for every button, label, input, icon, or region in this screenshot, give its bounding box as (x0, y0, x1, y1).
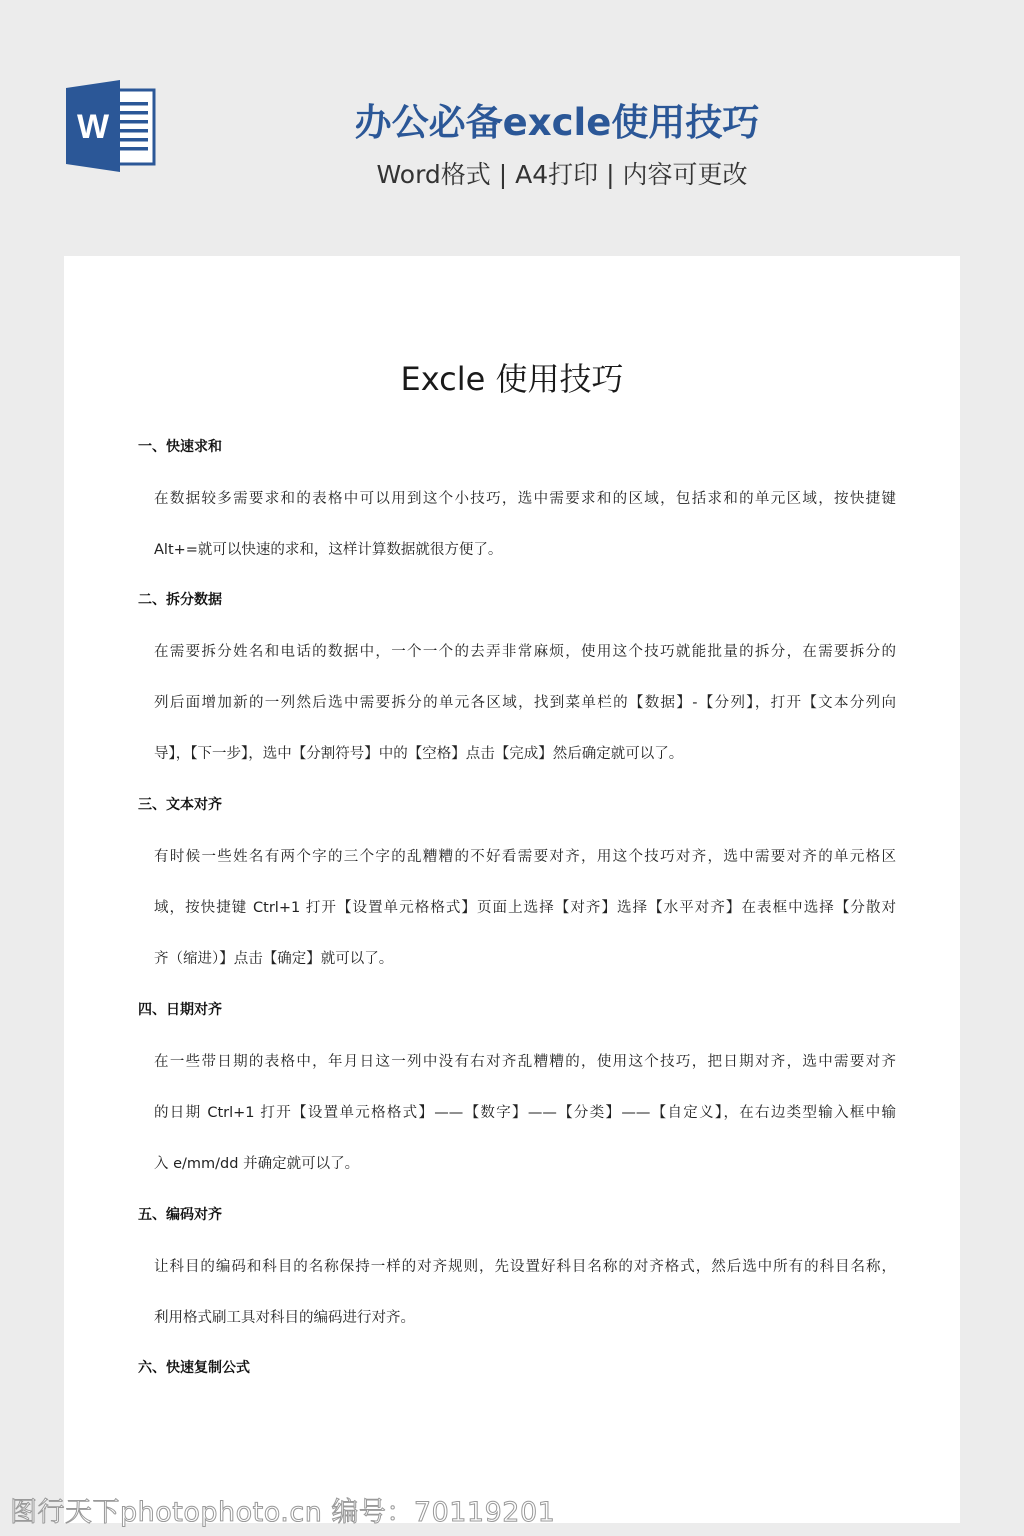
section-heading: 一、快速求和 (138, 436, 222, 456)
section-heading: 三、文本对齐 (138, 794, 222, 814)
document-title: Excle 使用技巧 (64, 354, 960, 400)
paragraph-line: 在一些带日期的表格中，年月日这一列中没有右对齐乱糟糟的，使用这个技巧，把日期对齐… (154, 1050, 896, 1071)
paragraph-line: 利用格式刷工具对科目的编码进行对齐。 (154, 1306, 896, 1327)
section-heading: 六、快速复制公式 (138, 1357, 250, 1377)
paragraph-line: 在需要拆分姓名和电话的数据中，一个一个的去弄非常麻烦，使用这个技巧就能批量的拆分… (154, 640, 896, 661)
section-heading: 五、编码对齐 (138, 1204, 222, 1224)
section-heading: 二、拆分数据 (138, 589, 222, 609)
paragraph-line: 在数据较多需要求和的表格中可以用到这个小技巧，选中需要求和的区域，包括求和的单元… (154, 487, 896, 508)
paragraph-line: 列后面增加新的一列然后选中需要拆分的单元各区域，找到菜单栏的【数据】-【分列】，… (154, 691, 896, 712)
document-page: Excle 使用技巧 一、快速求和 在数据较多需要求和的表格中可以用到这个小技巧… (64, 256, 960, 1523)
watermark: 图行天下photophoto.cn 编号：70119201 (10, 1490, 555, 1529)
section-heading: 四、日期对齐 (138, 999, 222, 1019)
paragraph-line: 有时候一些姓名有两个字的三个字的乱糟糟的不好看需要对齐，用这个技巧对齐，选中需要… (154, 845, 896, 866)
paragraph-line: 入 e/mm/dd 并确定就可以了。 (154, 1152, 896, 1173)
paragraph-line: 的日期 Ctrl+1 打开【设置单元格格式】——【数字】——【分类】——【自定义… (154, 1101, 896, 1122)
banner-header: W 办公必备excle使用技巧 Word格式 | A4打印 | 内容可更改 (0, 0, 1024, 256)
banner-title: 办公必备excle使用技巧 (0, 92, 1024, 146)
paragraph-line: 齐（缩进）】点击【确定】就可以了。 (154, 947, 896, 968)
paragraph-line: Alt+=就可以快速的求和，这样计算数据就很方便了。 (154, 538, 896, 559)
paragraph-line: 导】，【下一步】，选中【分割符号】中的【空格】点击【完成】然后确定就可以了。 (154, 742, 896, 763)
paragraph-line: 域，按快捷键 Ctrl+1 打开【设置单元格格式】页面上选择【对齐】选择【水平对… (154, 896, 896, 917)
banner-subtitle: Word格式 | A4打印 | 内容可更改 (0, 155, 1024, 191)
paragraph-line: 让科目的编码和科目的名称保持一样的对齐规则，先设置好科目名称的对齐格式，然后选中… (154, 1255, 896, 1276)
